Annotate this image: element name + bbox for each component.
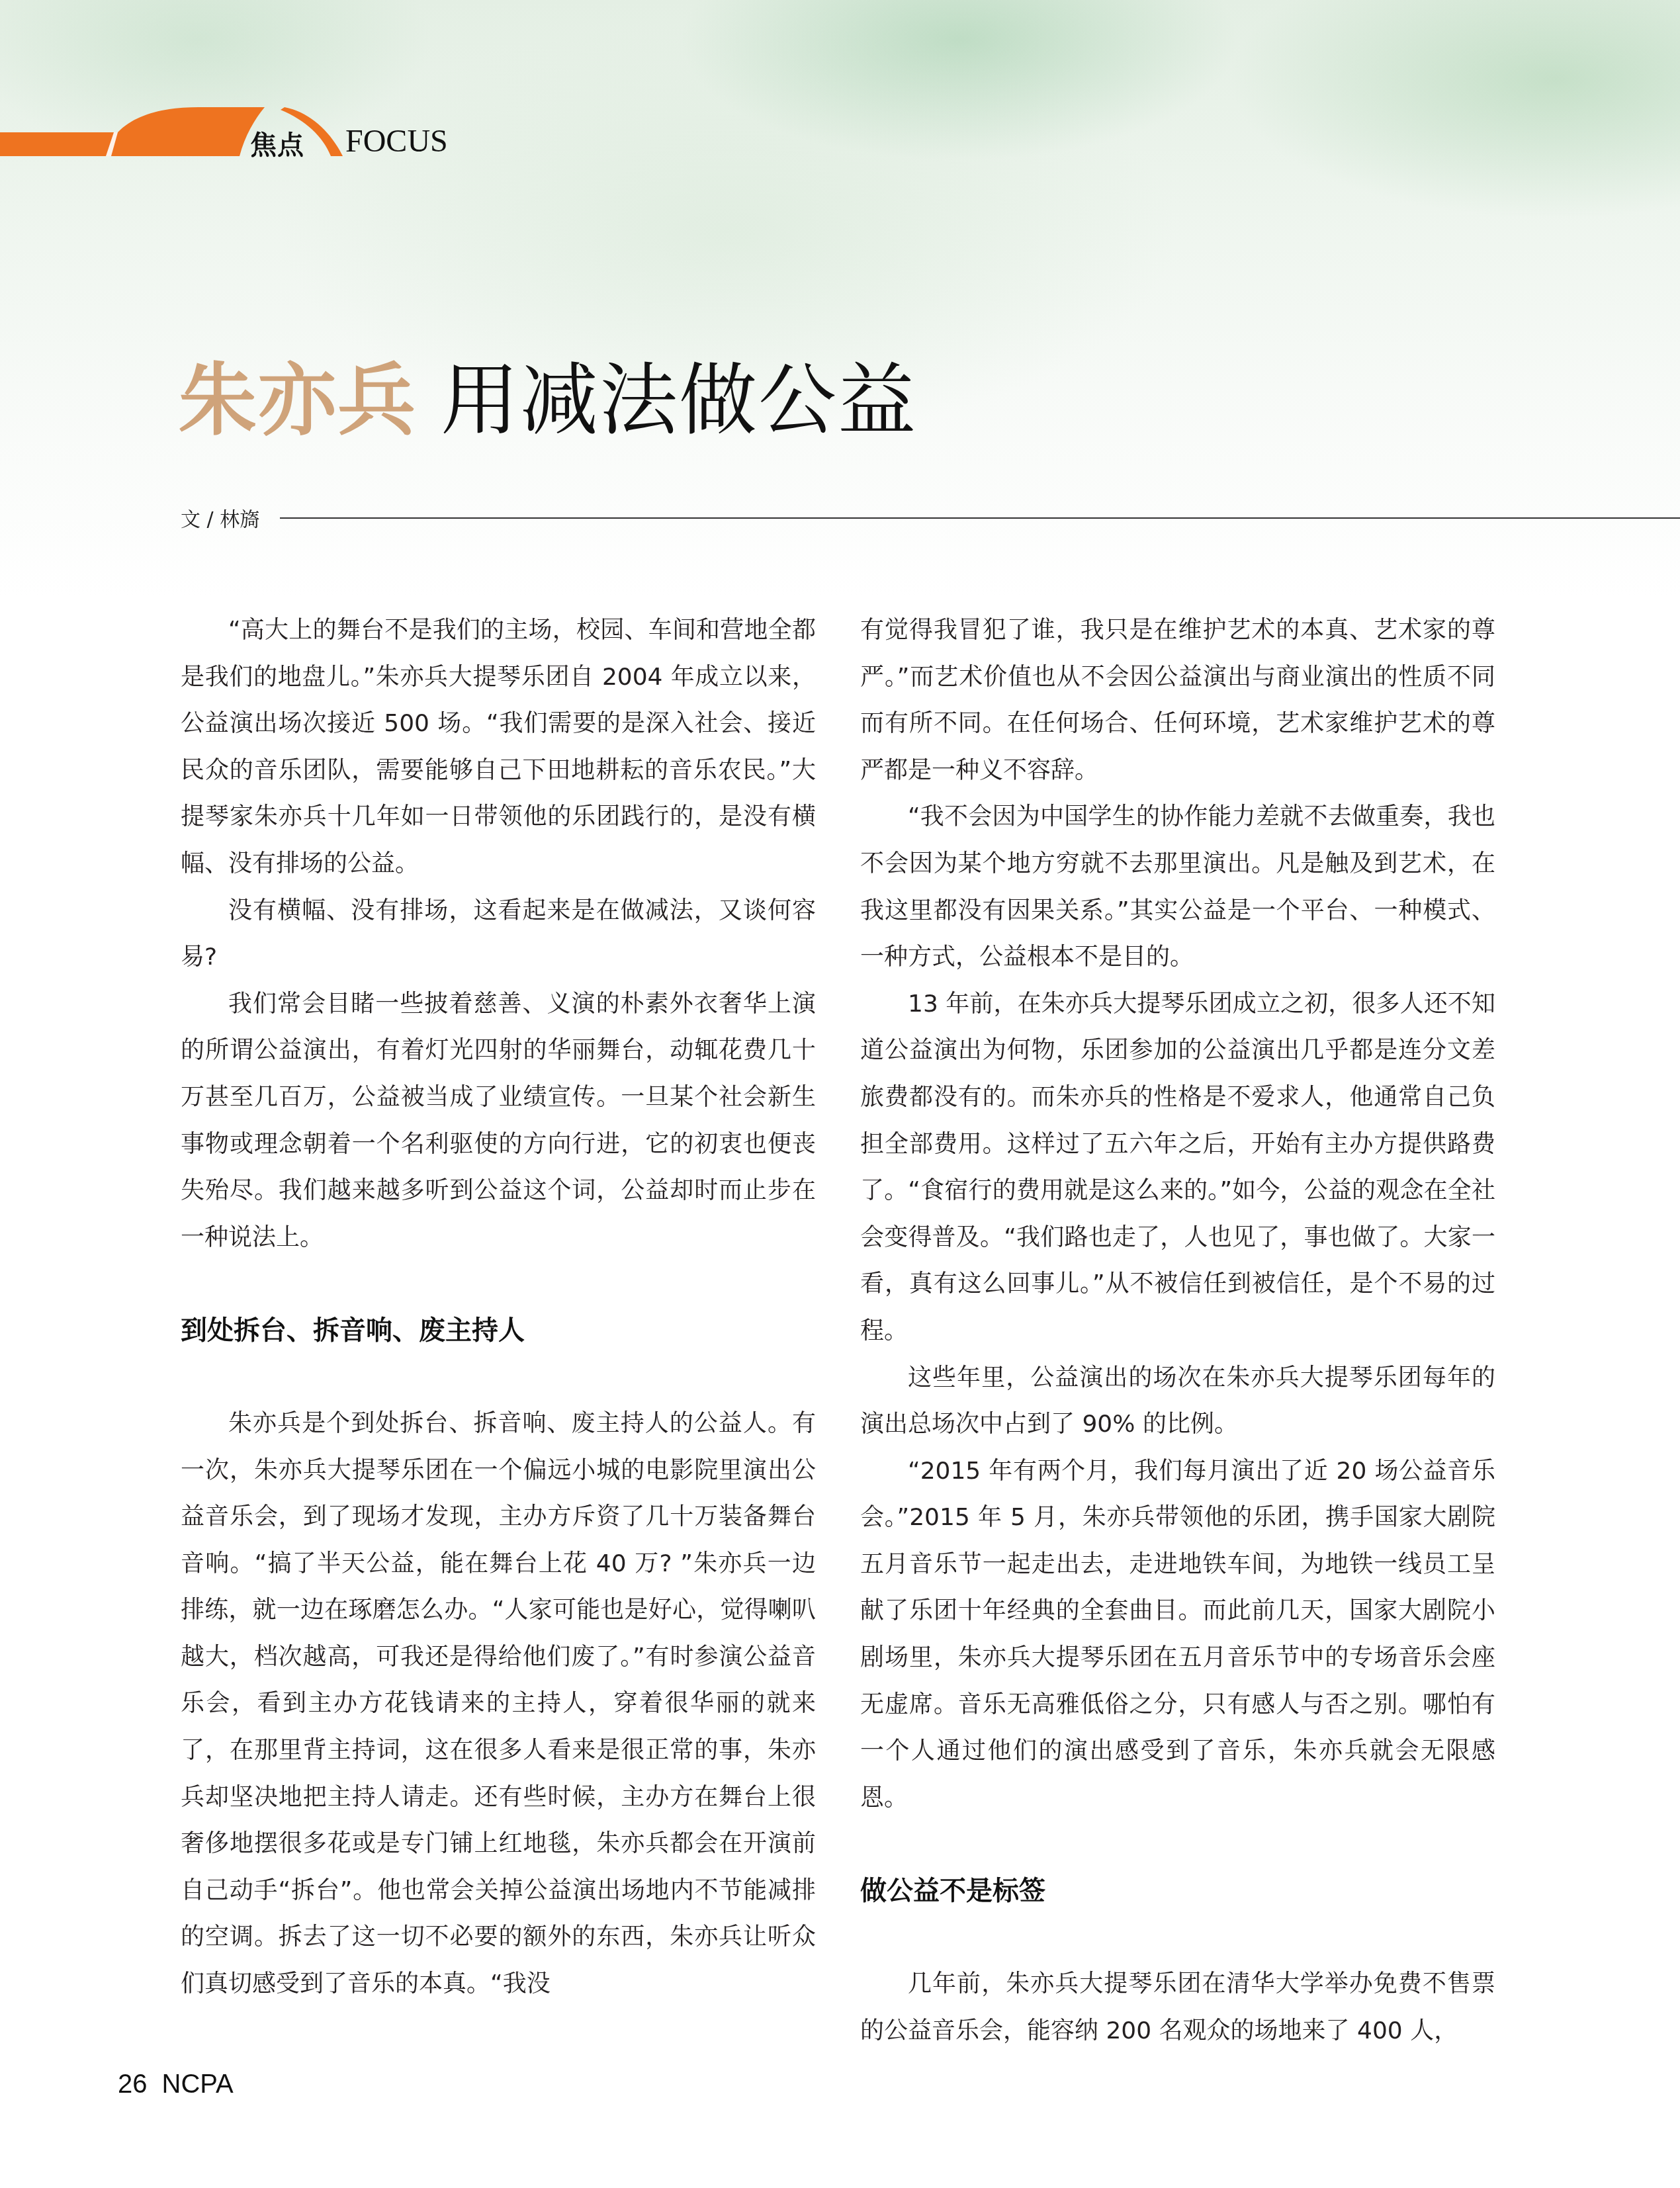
spacer — [860, 1915, 1495, 1961]
paragraph: 13 年前，在朱亦兵大提琴乐团成立之初，很多人还不知道公益演出为何物，乐团参加的… — [860, 981, 1495, 1355]
byline-row: 文 / 林旖 — [181, 503, 1680, 532]
paragraph: “高大上的舞台不是我们的主场，校园、车间和营地全都是我们的地盘儿。”朱亦兵大提琴… — [181, 607, 816, 888]
page-footer: 26NCPA — [118, 2070, 234, 2099]
paragraph-continuation: 有觉得我冒犯了谁，我只是在维护艺术的本真、艺术家的尊严。”而艺术价值也从不会因公… — [860, 607, 1495, 794]
right-column: 有觉得我冒犯了谁，我只是在维护艺术的本真、艺术家的尊严。”而艺术价值也从不会因公… — [860, 607, 1495, 2054]
paragraph: 我们常会目睹一些披着慈善、义演的朴素外衣奢华上演的所谓公益演出，有着灯光四射的华… — [181, 981, 816, 1262]
paragraph: 没有横幅、没有排场，这看起来是在做减法，又谈何容易? — [181, 888, 816, 981]
section-label-cn: 焦点 — [250, 124, 304, 162]
title-name: 朱亦兵 — [179, 354, 417, 446]
paragraph: “2015 年有两个月，我们每月演出了近 20 场公益音乐会。”2015 年 5… — [860, 1448, 1495, 1822]
spacer — [181, 1354, 816, 1401]
article-title: 朱亦兵用减法做公益 — [179, 337, 917, 450]
spacer — [181, 1261, 816, 1307]
paragraph: 几年前，朱亦兵大提琴乐团在清华大学举办免费不售票的公益音乐会，能容纳 200 名… — [860, 1961, 1495, 2054]
paragraph: “我不会因为中国学生的协作能力差就不去做重奏，我也不会因为某个地方穷就不去那里演… — [860, 794, 1495, 981]
spacer — [860, 1821, 1495, 1868]
byline-divider — [280, 517, 1680, 519]
page-number: 26 — [118, 2070, 148, 2099]
section-heading: 做公益不是标签 — [860, 1868, 1495, 1915]
section-heading: 到处拆台、拆音响、废主持人 — [181, 1307, 816, 1354]
byline: 文 / 林旖 — [181, 503, 259, 532]
paragraph: 这些年里，公益演出的场次在朱亦兵大提琴乐团每年的演出总场次中占到了 90% 的比… — [860, 1355, 1495, 1448]
publication-name: NCPA — [162, 2070, 234, 2099]
section-label-en: FOCUS — [345, 123, 448, 159]
left-column: “高大上的舞台不是我们的主场，校园、车间和营地全都是我们的地盘儿。”朱亦兵大提琴… — [181, 607, 816, 2008]
title-subtitle: 用减法做公益 — [441, 355, 917, 446]
paragraph: 朱亦兵是个到处拆台、拆音响、废主持人的公益人。有一次，朱亦兵大提琴乐团在一个偏远… — [181, 1401, 816, 2008]
